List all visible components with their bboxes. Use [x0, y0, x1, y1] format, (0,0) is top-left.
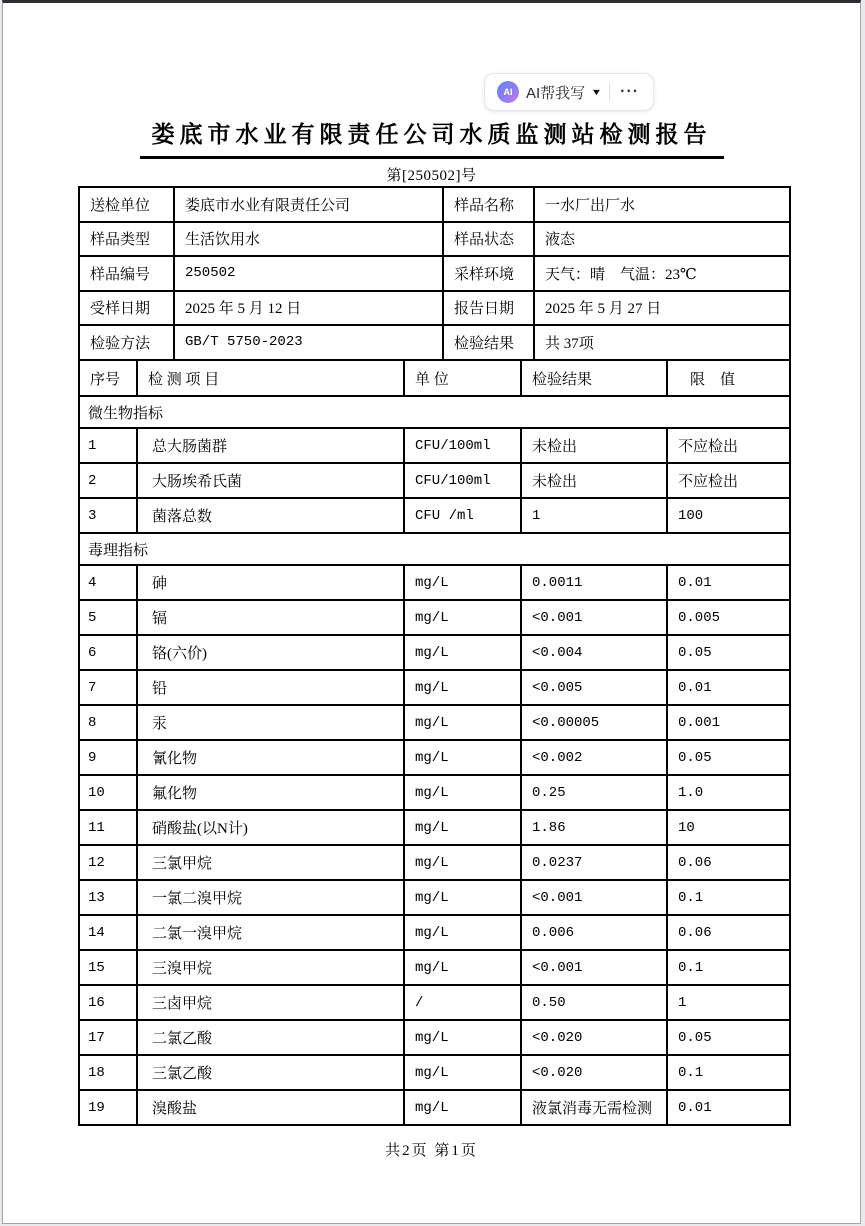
cell-limit: 0.05: [667, 740, 790, 775]
cell-unit: mg/L: [404, 670, 521, 705]
result-row: 16三卤甲烷/0.501: [79, 985, 790, 1020]
info-label: 送检单位: [79, 187, 174, 222]
cell-unit: mg/L: [404, 635, 521, 670]
cell-unit: mg/L: [404, 1055, 521, 1090]
cell-limit: 0.1: [667, 880, 790, 915]
cell-no: 5: [79, 600, 137, 635]
cell-item: 汞: [137, 705, 404, 740]
info-row: 送检单位娄底市水业有限责任公司样品名称一水厂出厂水: [79, 187, 790, 222]
cell-limit: 0.05: [667, 1020, 790, 1055]
cell-item: 总大肠菌群: [137, 428, 404, 463]
cell-limit: 0.06: [667, 915, 790, 950]
cell-unit: mg/L: [404, 915, 521, 950]
cell-unit: /: [404, 985, 521, 1020]
cell-item: 二氯乙酸: [137, 1020, 404, 1055]
cell-item: 砷: [137, 565, 404, 600]
info-label: 样品类型: [79, 222, 174, 257]
result-row: 10氟化物mg/L0.251.0: [79, 775, 790, 810]
cell-result: <0.004: [521, 635, 667, 670]
cell-limit: 0.001: [667, 705, 790, 740]
cell-no: 4: [79, 565, 137, 600]
cell-item: 三氯甲烷: [137, 845, 404, 880]
info-label: 样品名称: [443, 187, 534, 222]
result-row: 7铅mg/L<0.0050.01: [79, 670, 790, 705]
column-header: 限 值: [667, 360, 790, 396]
info-label: 检验方法: [79, 325, 174, 360]
cell-no: 19: [79, 1090, 137, 1125]
cell-result: <0.001: [521, 600, 667, 635]
cell-unit: mg/L: [404, 845, 521, 880]
cell-limit: 100: [667, 498, 790, 533]
section-title: 微生物指标: [79, 396, 790, 428]
cell-limit: 1: [667, 985, 790, 1020]
title-block: 娄底市水业有限责任公司水质监测站检测报告: [3, 116, 860, 159]
cell-limit: 0.1: [667, 950, 790, 985]
info-value: 2025 年 5 月 12 日: [174, 291, 443, 326]
toolbar-divider: [609, 83, 610, 101]
info-value: 液态: [534, 222, 790, 257]
cell-result: 液氯消毒无需检测: [521, 1090, 667, 1125]
info-value: 娄底市水业有限责任公司: [174, 187, 443, 222]
info-label: 样品编号: [79, 256, 174, 291]
info-value: 一水厂出厂水: [534, 187, 790, 222]
cell-no: 7: [79, 670, 137, 705]
section-title: 毒理指标: [79, 533, 790, 565]
column-header: 单 位: [404, 360, 521, 396]
info-label: 受样日期: [79, 291, 174, 326]
info-row: 检验方法GB/T 5750-2023检验结果共 37项: [79, 325, 790, 360]
cell-no: 14: [79, 915, 137, 950]
cell-limit: 0.01: [667, 1090, 790, 1125]
cell-no: 17: [79, 1020, 137, 1055]
cell-unit: CFU /ml: [404, 498, 521, 533]
cell-item: 氰化物: [137, 740, 404, 775]
cell-result: 0.50: [521, 985, 667, 1020]
cell-item: 溴酸盐: [137, 1090, 404, 1125]
result-row: 4砷mg/L0.00110.01: [79, 565, 790, 600]
info-row: 样品类型生活饮用水样品状态液态: [79, 222, 790, 257]
cell-result: 0.006: [521, 915, 667, 950]
cell-limit: 不应检出: [667, 463, 790, 498]
cell-item: 大肠埃希氏菌: [137, 463, 404, 498]
cell-result: <0.020: [521, 1055, 667, 1090]
result-row: 18三氯乙酸mg/L<0.0200.1: [79, 1055, 790, 1090]
cell-result: 1.86: [521, 810, 667, 845]
report-title: 娄底市水业有限责任公司水质监测站检测报告: [140, 116, 724, 159]
ai-write-label: AI帮我写: [526, 82, 585, 103]
cell-unit: mg/L: [404, 705, 521, 740]
cell-no: 15: [79, 950, 137, 985]
cell-limit: 0.01: [667, 565, 790, 600]
cell-result: <0.020: [521, 1020, 667, 1055]
info-value: 2025 年 5 月 27 日: [534, 291, 790, 326]
page-footer: 共2页 第1页: [3, 1139, 860, 1160]
cell-unit: mg/L: [404, 1090, 521, 1125]
results-table: 序号检 测 项 目单 位检验结果限 值 微生物指标1总大肠菌群CFU/100ml…: [78, 359, 791, 1126]
cell-no: 18: [79, 1055, 137, 1090]
cell-limit: 0.005: [667, 600, 790, 635]
cell-unit: mg/L: [404, 565, 521, 600]
cell-limit: 0.1: [667, 1055, 790, 1090]
cell-unit: CFU/100ml: [404, 428, 521, 463]
info-value: 生活饮用水: [174, 222, 443, 257]
cell-limit: 0.06: [667, 845, 790, 880]
cell-no: 2: [79, 463, 137, 498]
cell-limit: 1.0: [667, 775, 790, 810]
cell-item: 硝酸盐(以N计): [137, 810, 404, 845]
cell-item: 铅: [137, 670, 404, 705]
cell-result: <0.002: [521, 740, 667, 775]
result-row: 3菌落总数CFU /ml1100: [79, 498, 790, 533]
cell-item: 三氯乙酸: [137, 1055, 404, 1090]
result-row: 15三溴甲烷mg/L<0.0010.1: [79, 950, 790, 985]
result-row: 9氰化物mg/L<0.0020.05: [79, 740, 790, 775]
result-row: 1总大肠菌群CFU/100ml未检出不应检出: [79, 428, 790, 463]
info-value: GB/T 5750-2023: [174, 325, 443, 360]
chevron-down-icon[interactable]: ▼: [591, 87, 603, 97]
cell-item: 菌落总数: [137, 498, 404, 533]
info-row: 受样日期2025 年 5 月 12 日报告日期2025 年 5 月 27 日: [79, 291, 790, 326]
cell-unit: mg/L: [404, 740, 521, 775]
section-row: 毒理指标: [79, 533, 790, 565]
info-value: 250502: [174, 256, 443, 291]
info-label: 检验结果: [443, 325, 534, 360]
result-row: 13一氯二溴甲烷mg/L<0.0010.1: [79, 880, 790, 915]
ai-write-button[interactable]: AI AI帮我写 ▼: [497, 81, 601, 103]
cell-unit: CFU/100ml: [404, 463, 521, 498]
ai-logo-icon: AI: [497, 81, 519, 103]
result-row: 8汞mg/L<0.000050.001: [79, 705, 790, 740]
cell-result: 1: [521, 498, 667, 533]
column-header: 检 测 项 目: [137, 360, 404, 396]
cell-result: 0.0237: [521, 845, 667, 880]
cell-no: 11: [79, 810, 137, 845]
report-page: AI AI帮我写 ▼ ··· 娄底市水业有限责任公司水质监测站检测报告 第[25…: [2, 0, 861, 1224]
cell-no: 9: [79, 740, 137, 775]
sample-info-table: 送检单位娄底市水业有限责任公司样品名称一水厂出厂水样品类型生活饮用水样品状态液态…: [78, 186, 791, 361]
cell-unit: mg/L: [404, 880, 521, 915]
cell-item: 三溴甲烷: [137, 950, 404, 985]
cell-no: 1: [79, 428, 137, 463]
cell-item: 一氯二溴甲烷: [137, 880, 404, 915]
result-row: 11硝酸盐(以N计)mg/L1.8610: [79, 810, 790, 845]
result-row: 17二氯乙酸mg/L<0.0200.05: [79, 1020, 790, 1055]
info-row: 样品编号250502采样环境天气：晴 气温：23℃: [79, 256, 790, 291]
cell-no: 10: [79, 775, 137, 810]
report-number: 第[250502]号: [3, 164, 860, 185]
cell-item: 镉: [137, 600, 404, 635]
cell-limit: 不应检出: [667, 428, 790, 463]
cell-item: 铬(六价): [137, 635, 404, 670]
cell-no: 13: [79, 880, 137, 915]
info-label: 样品状态: [443, 222, 534, 257]
result-row: 2大肠埃希氏菌CFU/100ml未检出不应检出: [79, 463, 790, 498]
cell-result: 0.0011: [521, 565, 667, 600]
cell-result: 未检出: [521, 463, 667, 498]
results-header-row: 序号检 测 项 目单 位检验结果限 值: [79, 360, 790, 396]
cell-result: 未检出: [521, 428, 667, 463]
ai-assistant-toolbar: AI AI帮我写 ▼ ···: [484, 73, 654, 111]
cell-item: 氟化物: [137, 775, 404, 810]
result-row: 5镉mg/L<0.0010.005: [79, 600, 790, 635]
cell-no: 12: [79, 845, 137, 880]
cell-result: 0.25: [521, 775, 667, 810]
cell-unit: mg/L: [404, 810, 521, 845]
cell-no: 6: [79, 635, 137, 670]
cell-limit: 10: [667, 810, 790, 845]
result-row: 14二氯一溴甲烷mg/L0.0060.06: [79, 915, 790, 950]
result-row: 6铬(六价)mg/L<0.0040.05: [79, 635, 790, 670]
info-label: 采样环境: [443, 256, 534, 291]
info-value: 天气：晴 气温：23℃: [534, 256, 790, 291]
cell-unit: mg/L: [404, 600, 521, 635]
cell-item: 三卤甲烷: [137, 985, 404, 1020]
cell-result: <0.00005: [521, 705, 667, 740]
cell-no: 3: [79, 498, 137, 533]
cell-unit: mg/L: [404, 950, 521, 985]
cell-no: 16: [79, 985, 137, 1020]
result-row: 12三氯甲烷mg/L0.02370.06: [79, 845, 790, 880]
section-row: 微生物指标: [79, 396, 790, 428]
cell-limit: 0.05: [667, 635, 790, 670]
result-row: 19溴酸盐mg/L液氯消毒无需检测0.01: [79, 1090, 790, 1125]
cell-unit: mg/L: [404, 1020, 521, 1055]
cell-no: 8: [79, 705, 137, 740]
cell-result: <0.001: [521, 880, 667, 915]
info-label: 报告日期: [443, 291, 534, 326]
column-header: 序号: [79, 360, 137, 396]
more-options-button[interactable]: ···: [618, 84, 641, 100]
cell-result: <0.005: [521, 670, 667, 705]
cell-result: <0.001: [521, 950, 667, 985]
cell-item: 二氯一溴甲烷: [137, 915, 404, 950]
column-header: 检验结果: [521, 360, 667, 396]
cell-limit: 0.01: [667, 670, 790, 705]
info-value: 共 37项: [534, 325, 790, 360]
cell-unit: mg/L: [404, 775, 521, 810]
